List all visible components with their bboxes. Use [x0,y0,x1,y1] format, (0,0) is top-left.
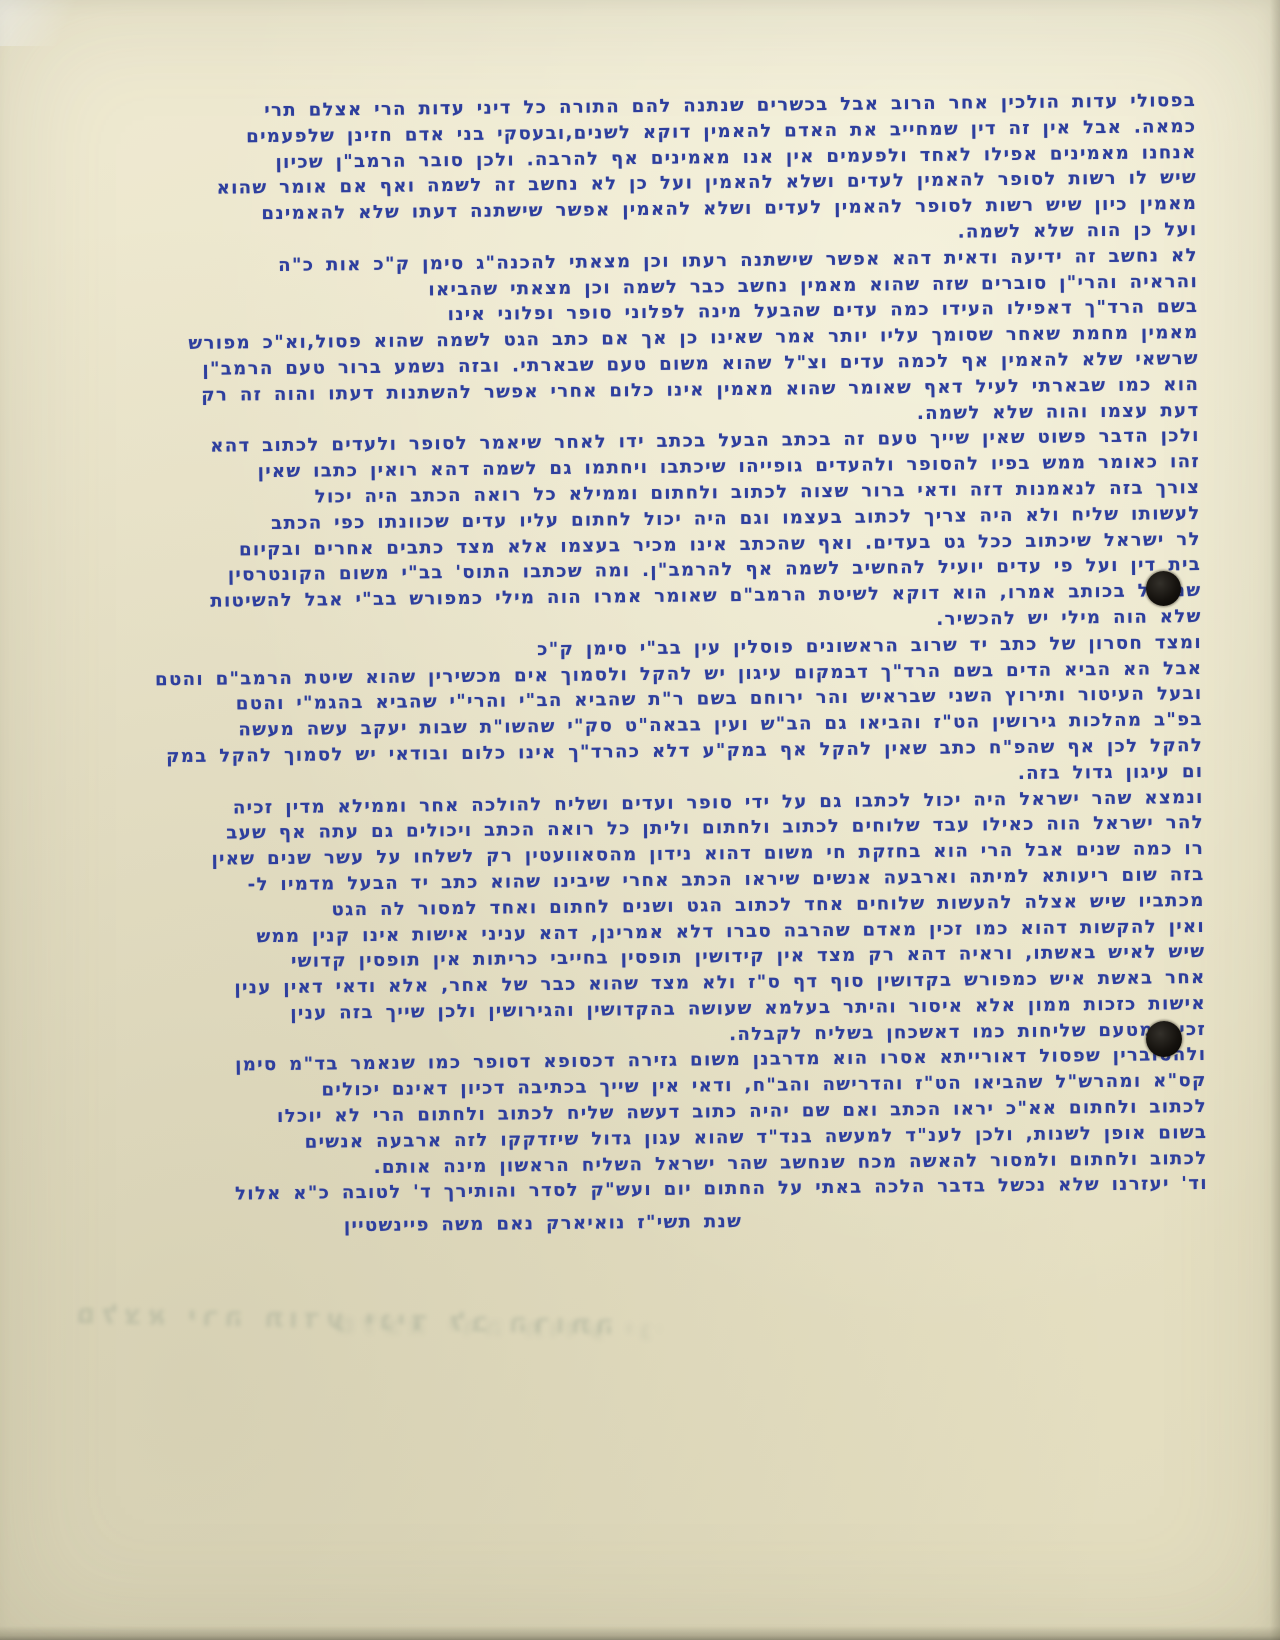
paragraph: בפסולי עדות הולכין אחר הרוב אבל בכשרים ש… [30,88,1198,255]
signature-line: שנת תשי"ז נואיארק נאם משה פיינשטיין [42,1209,742,1242]
hole-punch [1146,571,1181,606]
paragraph: ולהסוברין שפסול דאורייתא אסרו הוא מדרבנן… [40,1042,1208,1209]
paragraph: ואין להקשות דהוא כמו זכין מאדם שהרבה סבר… [39,913,1206,1055]
typed-letter-body: בפסולי עדות הולכין אחר הרוב אבל בכשרים ש… [30,88,1208,1243]
scan-corner-highlight [0,0,120,46]
scan-edge-shadow [1270,0,1280,1640]
scan-edge-shadow [0,1626,1280,1640]
paragraph: לא נחשב זה ידיעה ודאית דהא אפשר שישתנה ר… [32,243,1200,436]
paragraph: ולכן הדבר פשוט שאין שייך טעם זה בכתב הבע… [34,423,1202,642]
hole-punch [1146,1021,1182,1057]
scanned-document-screenshot: { "document": { "type": "typewritten-res… [0,0,1280,1640]
ink-bleed-through: םלצא ירה תודע יניד לב הרותה [330,1309,661,1364]
paper-sheet: בפסולי עדות הולכין אחר הרוב אבל בכשרים ש… [0,0,1280,1640]
paragraph: ונמצא שהר ישראל היה יכול לכתבו גם על ידי… [38,784,1205,926]
paragraph: אבל הא הביא הדים בשם הרד"ך דבמקום עיגון … [36,655,1203,797]
